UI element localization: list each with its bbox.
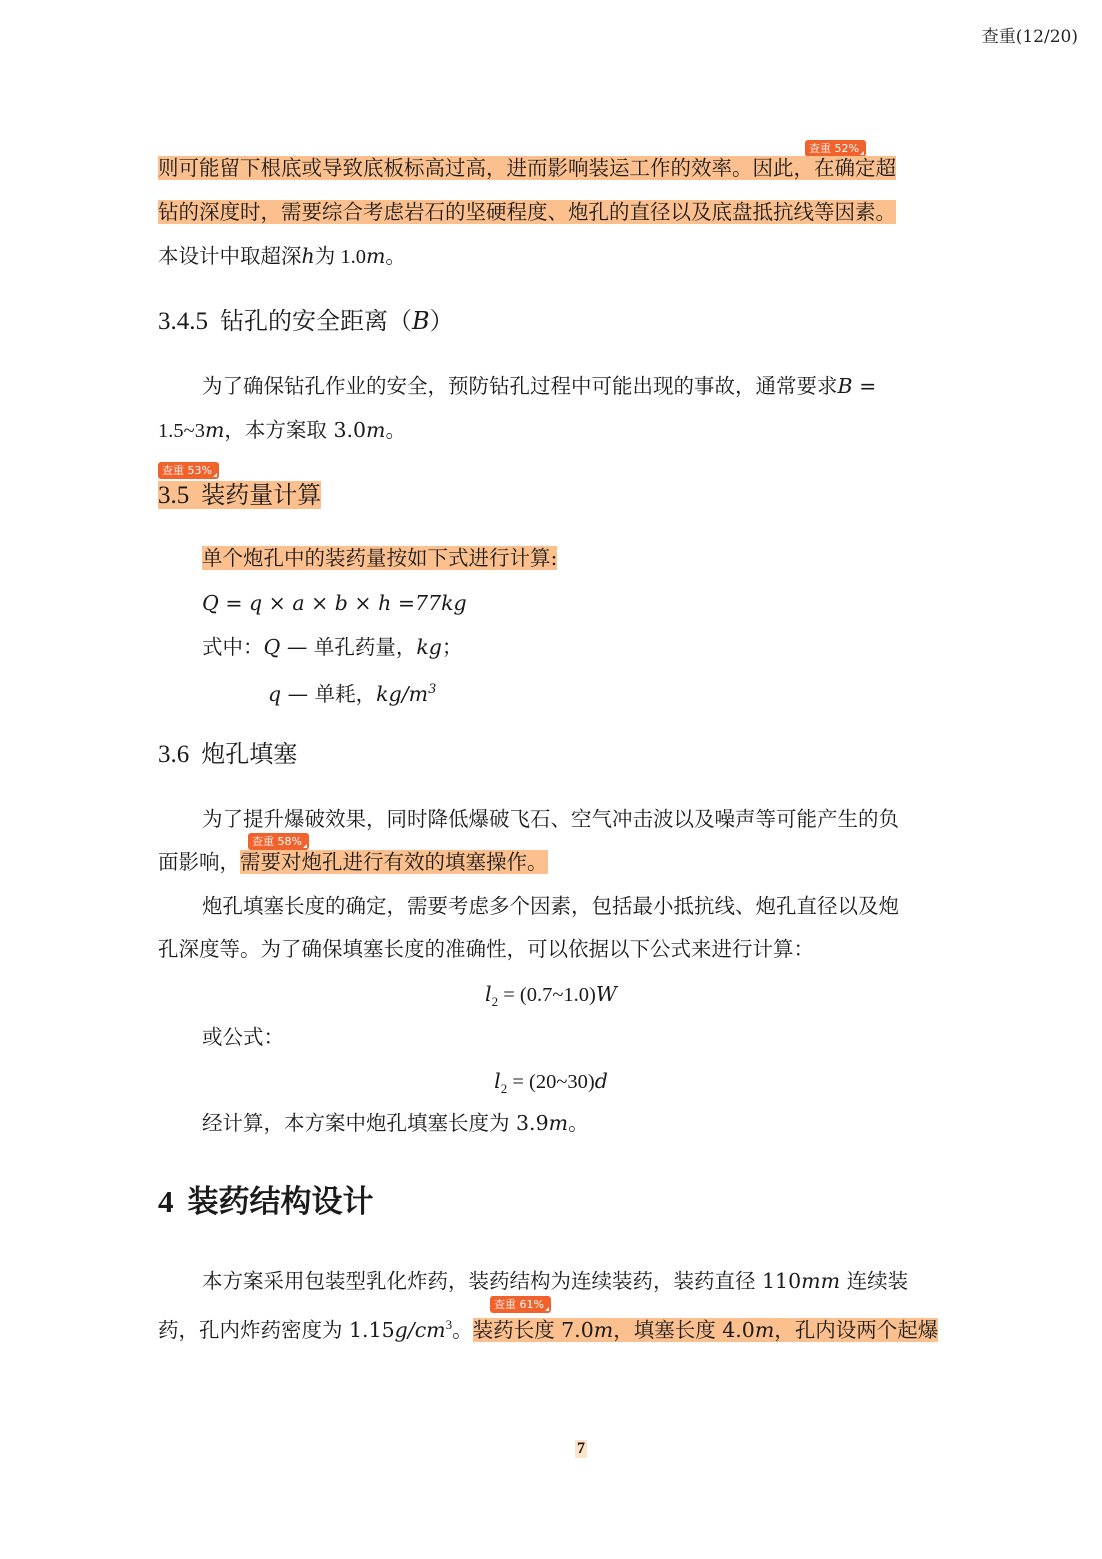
section-heading-3-4-5: 3.4.5钻孔的安全距离（B） xyxy=(158,304,454,339)
text: 1.5~3 xyxy=(158,420,205,442)
text: ，孔内设两个起爆 xyxy=(774,1318,938,1342)
text: 装药长度 7.0 xyxy=(473,1318,594,1342)
section-title: ） xyxy=(430,307,454,335)
unit: m xyxy=(366,244,385,268)
math-var: d xyxy=(595,1069,608,1093)
section-heading-3-6: 3.6炮孔填塞 xyxy=(158,737,297,772)
highlighted-text: 钻的深度时，需要综合考虑岩石的坚硬程度、炮孔的直径以及底盘抵抗线等因素。 xyxy=(158,200,896,224)
text: 炮孔填塞长度的确定，需要考虑多个因素，包括最小抵抗线、炮孔直径以及炮 xyxy=(202,894,899,918)
chapter-number: 4 xyxy=(158,1184,174,1219)
text: ； xyxy=(442,635,463,659)
math-var: Q — xyxy=(264,635,308,659)
text: 。 xyxy=(452,1318,473,1342)
unit: g/cm xyxy=(395,1318,446,1342)
unit: m xyxy=(366,418,385,442)
text: 为 1.0 xyxy=(315,246,366,268)
paragraph-line: 为了确保钻孔作业的安全，预防钻孔过程中可能出现的事故，通常要求B = xyxy=(202,371,876,401)
paragraph-line: 孔深度等。为了确保填塞长度的准确性，可以依据以下公式来进行计算： xyxy=(158,934,814,964)
text: 连续装 xyxy=(840,1269,908,1293)
text: 为了提升爆破效果，同时降低爆破飞石、空气冲击波以及噪声等可能产生的负 xyxy=(202,807,899,831)
paragraph-line: 1.5~3m，本方案取 3.0m。 xyxy=(158,415,406,446)
math-var: B = xyxy=(838,374,877,398)
text: 药，孔内炸药密度为 1.15 xyxy=(158,1318,395,1342)
section-number: 3.5 xyxy=(158,482,189,509)
paragraph-line: 药，孔内炸药密度为 1.15g/cm3。装药长度 7.0m，填塞长度 4.0m，… xyxy=(158,1310,938,1345)
text: 。 xyxy=(568,1111,589,1135)
text: 。 xyxy=(385,244,406,268)
unit: m xyxy=(205,418,224,442)
section-title: 炮孔填塞 xyxy=(201,740,297,768)
paragraph-line: 单个炮孔中的装药量按如下式进行计算: xyxy=(202,543,557,573)
section-number: 3.4.5 xyxy=(158,308,208,335)
paragraph-line: 经计算，本方案中炮孔填塞长度为 3.9m。 xyxy=(202,1108,589,1138)
paragraph-line: 本方案采用包装型乳化炸药，装药结构为连续装药，装药直径 110mm 连续装 xyxy=(202,1266,908,1296)
exponent: 3 xyxy=(428,682,436,697)
math-var: W xyxy=(596,982,617,1006)
math-var: B xyxy=(412,307,430,335)
section-title: 装药量计算 xyxy=(201,481,321,509)
unit: kg/m xyxy=(376,682,428,706)
paragraph-line: 或公式： xyxy=(202,1022,284,1052)
text: ，填塞长度 4.0 xyxy=(613,1318,755,1342)
paragraph-line: 钻的深度时，需要综合考虑岩石的坚硬程度、炮孔的直径以及底盘抵抗线等因素。 xyxy=(158,197,896,227)
text: = (0.7~1.0) xyxy=(498,984,596,1006)
section-heading-3-5: 3.5装药量计算 xyxy=(158,478,321,513)
highlighted-text: 需要对炮孔进行有效的填塞操作。 xyxy=(240,850,548,874)
unit: m xyxy=(755,1318,774,1342)
plagiarism-check-header: 查重(12/20) xyxy=(982,22,1078,47)
text: 。 xyxy=(386,418,407,442)
chapter-title: 装药结构设计 xyxy=(188,1184,374,1220)
text: = (20~30) xyxy=(507,1071,595,1093)
highlighted-text: 因此，在确定超 xyxy=(753,156,897,180)
unit: m xyxy=(594,1318,613,1342)
highlighted-text: 装药长度 7.0m，填塞长度 4.0m，孔内设两个起爆 xyxy=(473,1318,939,1342)
section-number: 3.6 xyxy=(158,741,189,768)
text: 本设计中取超深 xyxy=(158,244,302,268)
formula-stemming-1: l2 = (0.7~1.0)W xyxy=(0,979,1102,1017)
section-title: 钻孔的安全距离（ xyxy=(220,307,412,335)
formula-charge: Q = q × a × b × h =77kg xyxy=(202,588,467,618)
text: ，本方案取 3.0 xyxy=(224,418,366,442)
highlighted-text: 单个炮孔中的装药量按如下式进行计算: xyxy=(202,546,557,570)
text: 经计算，本方案中炮孔填塞长度为 3.9 xyxy=(202,1111,549,1135)
paragraph-line: 为了提升爆破效果，同时降低爆破飞石、空气冲击波以及噪声等可能产生的负 xyxy=(202,804,899,834)
paragraph-line: 面影响，需要对炮孔进行有效的填塞操作。 xyxy=(158,847,548,877)
paragraph-line: 则可能留下根底或导致底板标高过高，进而影响装运工作的效率。因此，在确定超 xyxy=(158,153,896,183)
highlighted-heading: 3.5装药量计算 xyxy=(158,481,321,509)
paragraph-line: 本设计中取超深h为 1.0m。 xyxy=(158,241,406,272)
unit: kg xyxy=(416,635,442,659)
unit: mm xyxy=(801,1269,840,1293)
page-number: 7 xyxy=(575,1440,587,1458)
text: 孔深度等。为了确保填塞长度的准确性，可以依据以下公式来进行计算： xyxy=(158,937,814,961)
text: 单耗， xyxy=(308,682,376,706)
text: 单孔药量， xyxy=(307,635,416,659)
text: 面影响， xyxy=(158,850,240,874)
formula-stemming-2: l2 = (20~30)d xyxy=(0,1066,1102,1104)
text: 式中： xyxy=(202,635,264,659)
paragraph-line: 炮孔填塞长度的确定，需要考虑多个因素，包括最小抵抗线、炮孔直径以及炮 xyxy=(202,891,899,921)
formula-legend-q: q — 单耗，kg/m3 xyxy=(268,675,436,709)
text: 本方案采用包装型乳化炸药，装药结构为连续装药，装药直径 110 xyxy=(202,1269,801,1293)
similarity-badge-53[interactable]: 查重 53% xyxy=(158,462,219,479)
formula-legend-Q: 式中：Q — 单孔药量，kg； xyxy=(202,632,462,662)
chapter-heading-4: 4装药结构设计 xyxy=(158,1182,374,1222)
text: 为了确保钻孔作业的安全，预防钻孔过程中可能出现的事故，通常要求 xyxy=(202,374,838,398)
math-var: h xyxy=(302,244,315,268)
unit: m xyxy=(549,1111,568,1135)
highlighted-text: 则可能留下根底或导致底板标高过高，进而影响装运工作的效率。 xyxy=(158,156,753,180)
math-var: q — xyxy=(268,682,308,706)
